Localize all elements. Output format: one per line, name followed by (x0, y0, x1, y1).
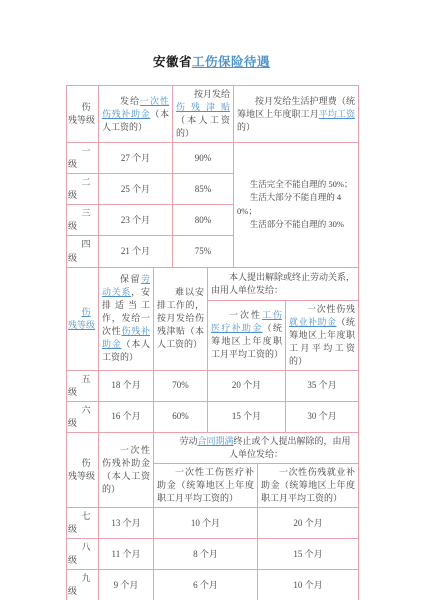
average-wage-link[interactable]: 平均工资 (319, 109, 355, 119)
table-row: 五级 18 个月 70% 20 个月 35 个月 (67, 370, 359, 401)
employment-subsidy-link[interactable]: 就业补助金 (289, 317, 337, 327)
months-cell: 25 个月 (99, 174, 173, 205)
employment-subsidy-header-cell: 一次性伤残就业补助金（统筹地区上年度职工月平均工资的） (258, 464, 359, 508)
grade-cell: 七级 (67, 508, 99, 539)
grade-cell: 九级 (67, 570, 99, 600)
employment-months-cell: 10 个月 (258, 570, 359, 600)
termination-header-cell: 本人提出解除或终止劳动关系，由用人单位发给： (208, 267, 359, 300)
months-cell: 13 个月 (99, 508, 154, 539)
employment-months-cell: 30 个月 (286, 401, 359, 432)
benefits-tables: 伤残等级 发给一次性伤残补助金（本人工资的） 按月发给伤残津贴（本人工资的） 按… (66, 85, 358, 600)
grade-link[interactable]: 伤残等级 (68, 307, 95, 330)
care-note-line: 生活大部分不能自理的 40%； (237, 191, 355, 218)
care-note-cell: 生活完全不能自理的 50%； 生活大部分不能自理的 40%； 生活部分不能自理的… (234, 143, 359, 267)
table-row: 七级 13 个月 10 个月 20 个月 (67, 508, 359, 539)
title-text: 安徽省 (153, 55, 192, 69)
grade-cell: 三级 (67, 205, 99, 236)
percent-cell: 75% (173, 236, 234, 267)
table-row: 伤残等级 保留劳动关系，安排适当工作，发给一次性伤残补助金（本人工资的） 难以安… (67, 267, 359, 300)
percent-cell: 80% (173, 205, 234, 236)
months-cell: 16 个月 (99, 401, 154, 432)
grade-header-cell: 伤残等级 (67, 267, 99, 370)
medical-months-cell: 6 个月 (154, 570, 258, 600)
table-grades-5-6: 伤残等级 保留劳动关系，安排适当工作，发给一次性伤残补助金（本人工资的） 难以安… (66, 267, 359, 433)
table-grades-7-9: 伤残等级 一次性伤残补助金（本人工资的） 劳动合同期满终止或个人提出解除的，由用… (66, 432, 359, 600)
care-note-line: 生活部分不能自理的 30% (237, 218, 355, 232)
medical-months-cell: 10 个月 (154, 508, 258, 539)
months-cell: 11 个月 (99, 539, 154, 570)
medical-months-cell: 8 个月 (154, 539, 258, 570)
medical-months-cell: 20 个月 (208, 370, 286, 401)
medical-subsidy-header-cell: 一次性工伤医疗补助金（统筹地区上年度职工月平均工资的） (154, 464, 258, 508)
months-cell: 9 个月 (99, 570, 154, 600)
grade-cell: 一级 (67, 143, 99, 174)
table-grades-1-4: 伤残等级 发给一次性伤残补助金（本人工资的） 按月发给伤残津贴（本人工资的） 按… (66, 85, 359, 268)
months-cell: 18 个月 (99, 370, 154, 401)
monthly-allowance-header-cell: 按月发给伤残津贴（本人工资的） (173, 86, 234, 143)
percent-cell: 90% (173, 143, 234, 174)
grade-cell: 六级 (67, 401, 99, 432)
table-row: 八级 11 个月 8 个月 15 个月 (67, 539, 359, 570)
care-note-line: 生活完全不能自理的 50%； (237, 178, 355, 192)
lump-sum-header-cell: 一次性伤残补助金（本人工资的） (99, 432, 154, 507)
medical-months-cell: 15 个月 (208, 401, 286, 432)
medical-subsidy-header-cell: 一次性工伤医疗补助金（统筹地区上年度职工月平均工资的） (208, 300, 286, 370)
employment-subsidy-header-cell: 一次性伤残就业补助金（统筹地区上年度职工月平均工资的） (286, 300, 359, 370)
retain-work-header-cell: 保留劳动关系，安排适当工作，发给一次性伤残补助金（本人工资的） (99, 267, 154, 370)
grade-cell: 五级 (67, 370, 99, 401)
table-row: 伤残等级 发给一次性伤残补助金（本人工资的） 按月发给伤残津贴（本人工资的） 按… (67, 86, 359, 143)
employment-months-cell: 35 个月 (286, 370, 359, 401)
grade-cell: 二级 (67, 174, 99, 205)
grade-header-cell: 伤残等级 (67, 432, 99, 507)
months-cell: 27 个月 (99, 143, 173, 174)
care-fee-header-cell: 按月发给生活护理费（统筹地区上年度职工月平均工资的） (234, 86, 359, 143)
termination-header-cell: 劳动合同期满终止或个人提出解除的，由用人单位发给： (154, 432, 359, 463)
months-cell: 23 个月 (99, 205, 173, 236)
page-title: 安徽省工伤保险待遇 (0, 0, 423, 70)
document-page: 安徽省工伤保险待遇 伤残等级 发给一次性伤残补助金（本人工资的） 按月发给伤残津… (0, 0, 423, 600)
grade-cell: 四级 (67, 236, 99, 267)
employment-months-cell: 15 个月 (258, 539, 359, 570)
monthly-allowance-link[interactable]: 伤残津贴 (176, 102, 230, 112)
table-row: 六级 16 个月 60% 15 个月 30 个月 (67, 401, 359, 432)
employment-months-cell: 20 个月 (258, 508, 359, 539)
difficult-arrange-header-cell: 难以安排工作的，按月发给伤残津贴（本人工资的） (154, 267, 208, 370)
table-row: 九级 9 个月 6 个月 10 个月 (67, 570, 359, 600)
grade-cell: 八级 (67, 539, 99, 570)
table-row: 一级 27 个月 90% 生活完全不能自理的 50%； 生活大部分不能自理的 4… (67, 143, 359, 174)
title-link[interactable]: 工伤保险待遇 (192, 55, 270, 69)
contract-expiry-link[interactable]: 合同期满 (198, 436, 234, 446)
months-cell: 21 个月 (99, 236, 173, 267)
percent-cell: 85% (173, 174, 234, 205)
grade-header-cell: 伤残等级 (67, 86, 99, 143)
table-row: 伤残等级 一次性伤残补助金（本人工资的） 劳动合同期满终止或个人提出解除的，由用… (67, 432, 359, 463)
percent-cell: 70% (154, 370, 208, 401)
percent-cell: 60% (154, 401, 208, 432)
lump-sum-header-cell: 发给一次性伤残补助金（本人工资的） (99, 86, 173, 143)
